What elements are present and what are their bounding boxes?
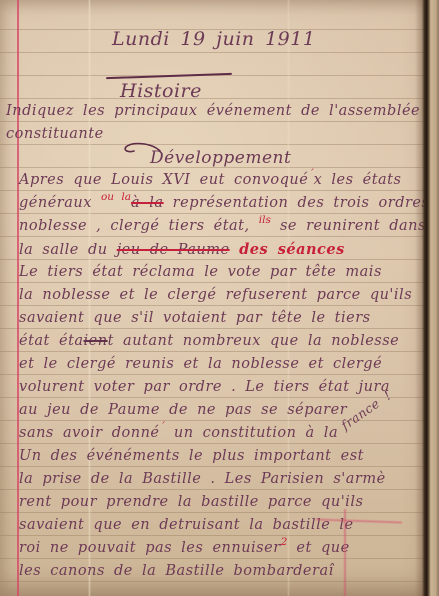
text-segment: noblesse , clergé tiers état,: [19, 218, 259, 234]
manuscript-line: Le tiers état réclama le vote par tête m…: [19, 264, 382, 280]
text-segment: ien: [84, 333, 108, 349]
manuscript-line: savaient que en detruisant la bastille l…: [19, 517, 354, 533]
text-segment: la prise de la Bastille . Les Parisien s…: [19, 471, 386, 487]
text-segment: et que: [287, 540, 349, 556]
text-segment: état éta: [19, 333, 84, 349]
manuscript-line: les canons de la Bastille bombarderaî: [19, 563, 334, 579]
manuscript-line: et le clergé reunis et la noblesse et cl…: [19, 356, 382, 372]
text-segment: savaient que s'il votaient par tête le t…: [19, 310, 371, 326]
manuscript-line: au jeu de Paume de ne pas se séparer: [19, 402, 347, 418]
text-segment: un constitution à la: [165, 425, 347, 441]
ink-bleed-mark: [344, 509, 346, 596]
text-segment: et le clergé reunis et la noblesse et cl…: [19, 356, 382, 372]
manuscript-line: la prise de la Bastille . Les Parisien s…: [19, 471, 386, 487]
date-heading: Lundi 19 juin 1911: [112, 28, 315, 50]
text-segment: au jeu de Paume de ne pas se séparer: [19, 402, 347, 418]
binding-edge: [415, 0, 439, 596]
manuscript-line: Un des événéments le plus important est: [19, 448, 364, 464]
red-correction: des séances: [230, 241, 345, 258]
text-segment: Le tiers état réclama le vote par tête m…: [19, 264, 382, 280]
text-segment: rent pour prendre la bastille parce qu'i…: [19, 494, 363, 510]
manuscript-line: noblesse , clergé tiers état, ils se reu…: [19, 218, 426, 234]
text-segment: x les états: [314, 172, 402, 188]
manuscript-line: la salle du jeu de Paume des séances: [19, 241, 345, 258]
text-segment: la salle du: [19, 242, 117, 258]
text-segment: représentation des trois ordres: [164, 195, 430, 211]
manuscript-line: volurent voter par ordre . Le tiers état…: [19, 379, 390, 395]
notebook-photo: Lundi 19 juin 1911 Histoire Indiquez les…: [0, 0, 439, 596]
text-segment: la noblesse et le clergé refuserent parc…: [19, 287, 412, 303]
manuscript-line: généraux ou laà la représentation des tr…: [19, 195, 429, 211]
red-correction: ils: [259, 214, 271, 226]
red-correction: 2: [281, 536, 288, 548]
red-correction: ´: [160, 421, 165, 433]
text-segment: Apres que Louis XVI eut convoqué: [19, 172, 308, 188]
text-segment: roi ne pouvait pas les ennuiser: [19, 540, 281, 556]
text-segment: sans avoir donné: [19, 425, 160, 441]
exercise-prompt-line: Indiquez les principaux événement de l'a…: [6, 103, 420, 119]
red-correction: ou la: [101, 191, 131, 203]
text-segment: Un des événéments le plus important est: [19, 448, 364, 464]
manuscript-line: roi ne pouvait pas les ennuiser2 et que: [19, 540, 350, 556]
manuscript-line: état étaient autant nombreux que la nobl…: [19, 333, 399, 349]
text-segment: à la: [131, 195, 164, 211]
section-heading: Développement: [150, 148, 291, 168]
text-segment: t autant nombreux que la noblesse: [108, 333, 400, 349]
text-segment: se reunirent dans: [271, 218, 426, 234]
manuscript-line: sans avoir donné´ un constitution à la f…: [19, 425, 405, 441]
exercise-prompt-line: constituante: [6, 126, 104, 142]
text-segment: savaient que en detruisant la bastille l…: [19, 517, 354, 533]
text-segment: les canons de la Bastille bombarderaî: [19, 563, 334, 579]
text-segment: volurent voter par ordre . Le tiers état…: [19, 379, 390, 395]
manuscript-line: rent pour prendre la bastille parce qu'i…: [19, 494, 363, 510]
red-correction: ´: [308, 168, 313, 180]
subject-heading: Histoire: [120, 80, 202, 102]
text-segment: généraux: [19, 195, 101, 211]
manuscript-line: Apres que Louis XVI eut convoqué´x les é…: [19, 172, 401, 188]
manuscript-line: savaient que s'il votaient par tête le t…: [19, 310, 371, 326]
manuscript-line: la noblesse et le clergé refuserent parc…: [19, 287, 412, 303]
text-segment: jeu de Paume: [117, 242, 230, 258]
